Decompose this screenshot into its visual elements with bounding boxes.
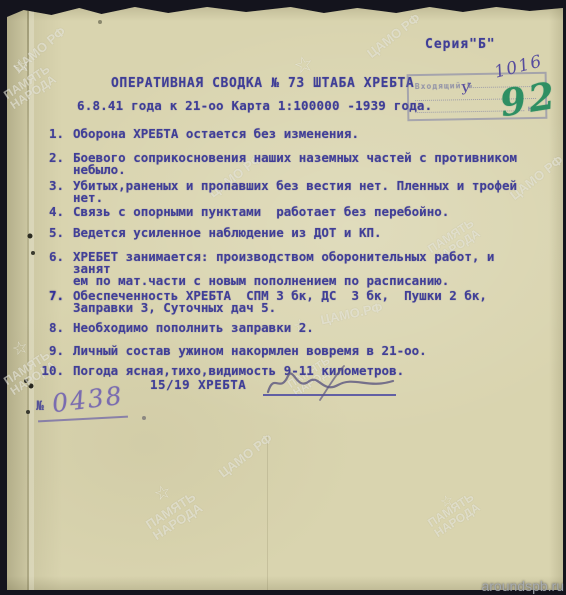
- item-number: 9.: [37, 345, 64, 357]
- report-item: 9. Личный состав ужином накормлен воврем…: [37, 345, 537, 357]
- site-watermark: aroundspb.ru: [481, 578, 564, 594]
- item-text: Обеспеченность ХРЕБТА СПМ 3 бк, ДС 3 бк,…: [73, 290, 487, 314]
- report-item: 6. ХРЕБЕТ занимается: производством обор…: [37, 251, 537, 287]
- item-text: Боевого соприкосновения наших наземных ч…: [73, 152, 517, 176]
- signature-caption: 15/19 ХРЕБТА: [150, 377, 246, 392]
- doc-number-sign: №: [36, 399, 44, 414]
- stamp-line: на: [415, 101, 539, 115]
- report-items-list: 1. Оборона ХРЕБТА остается без изменения…: [37, 128, 537, 377]
- item-number: 1.: [37, 128, 64, 140]
- handwritten-signature: [262, 362, 402, 404]
- stamp-text: Входящий №: [415, 81, 473, 91]
- item-text: Убитых,раненых и пропавших без вестия не…: [73, 180, 517, 204]
- item-text: Связь с опорными пунктами работает без п…: [73, 206, 449, 218]
- paper-crease-lower: [267, 435, 268, 590]
- item-text: ХРЕБЕТ занимается: производством оборони…: [73, 251, 537, 287]
- document-title: ОПЕРАТИВНАЯ СВОДКА № 73 ШТАБА ХРЕБТА: [111, 76, 414, 91]
- item-number: 3.: [37, 180, 64, 204]
- paper-specks: [7, 5, 9, 7]
- report-item: 4. Связь с опорными пунктами работает бе…: [37, 206, 537, 218]
- scanned-document-page: ЦАМО РФ ☆ ПАМЯТЬ НАРОДА ☆ ЦАМО РФ ЦАМО Р…: [0, 0, 566, 595]
- item-number: 7.: [37, 290, 64, 314]
- report-item: 1. Оборона ХРЕБТА остается без изменения…: [37, 128, 537, 140]
- item-number: 8.: [37, 322, 64, 334]
- stamp-leader: [473, 85, 536, 88]
- report-item: 2. Боевого соприкосновения наших наземны…: [37, 152, 537, 176]
- item-text: Ведется усиленное наблюдение из ДОТ и КП…: [73, 227, 382, 239]
- item-number: 2.: [37, 152, 64, 176]
- stamp-leader: [415, 109, 524, 113]
- incoming-stamp: Входящий № на: [407, 72, 548, 121]
- item-text: Необходимо пополнить заправки 2.: [73, 322, 314, 334]
- item-text: Личный состав ужином накормлен вовремя в…: [73, 345, 427, 357]
- item-number: 4.: [37, 206, 64, 218]
- item-number: 6.: [37, 251, 64, 287]
- item-number: 10.: [37, 365, 64, 377]
- document-subtitle: 6.8.41 года к 21-оо Карта 1:100000 -1939…: [77, 98, 432, 113]
- report-item: 8. Необходимо пополнить заправки 2.: [37, 322, 537, 334]
- item-number: 5.: [37, 227, 64, 239]
- item-text: Оборона ХРЕБТА остается без изменения.: [73, 128, 359, 140]
- report-item: 7. Обеспеченность ХРЕБТА СПМ 3 бк, ДС 3 …: [37, 290, 537, 314]
- report-item: 3. Убитых,раненых и пропавших без вестия…: [37, 180, 537, 204]
- series-label: Серия"Б": [425, 37, 496, 52]
- stamp-text: на: [528, 104, 540, 113]
- report-item: 5. Ведется усиленное наблюдение из ДОТ и…: [37, 227, 537, 239]
- paper-fold-highlight: [29, 5, 34, 590]
